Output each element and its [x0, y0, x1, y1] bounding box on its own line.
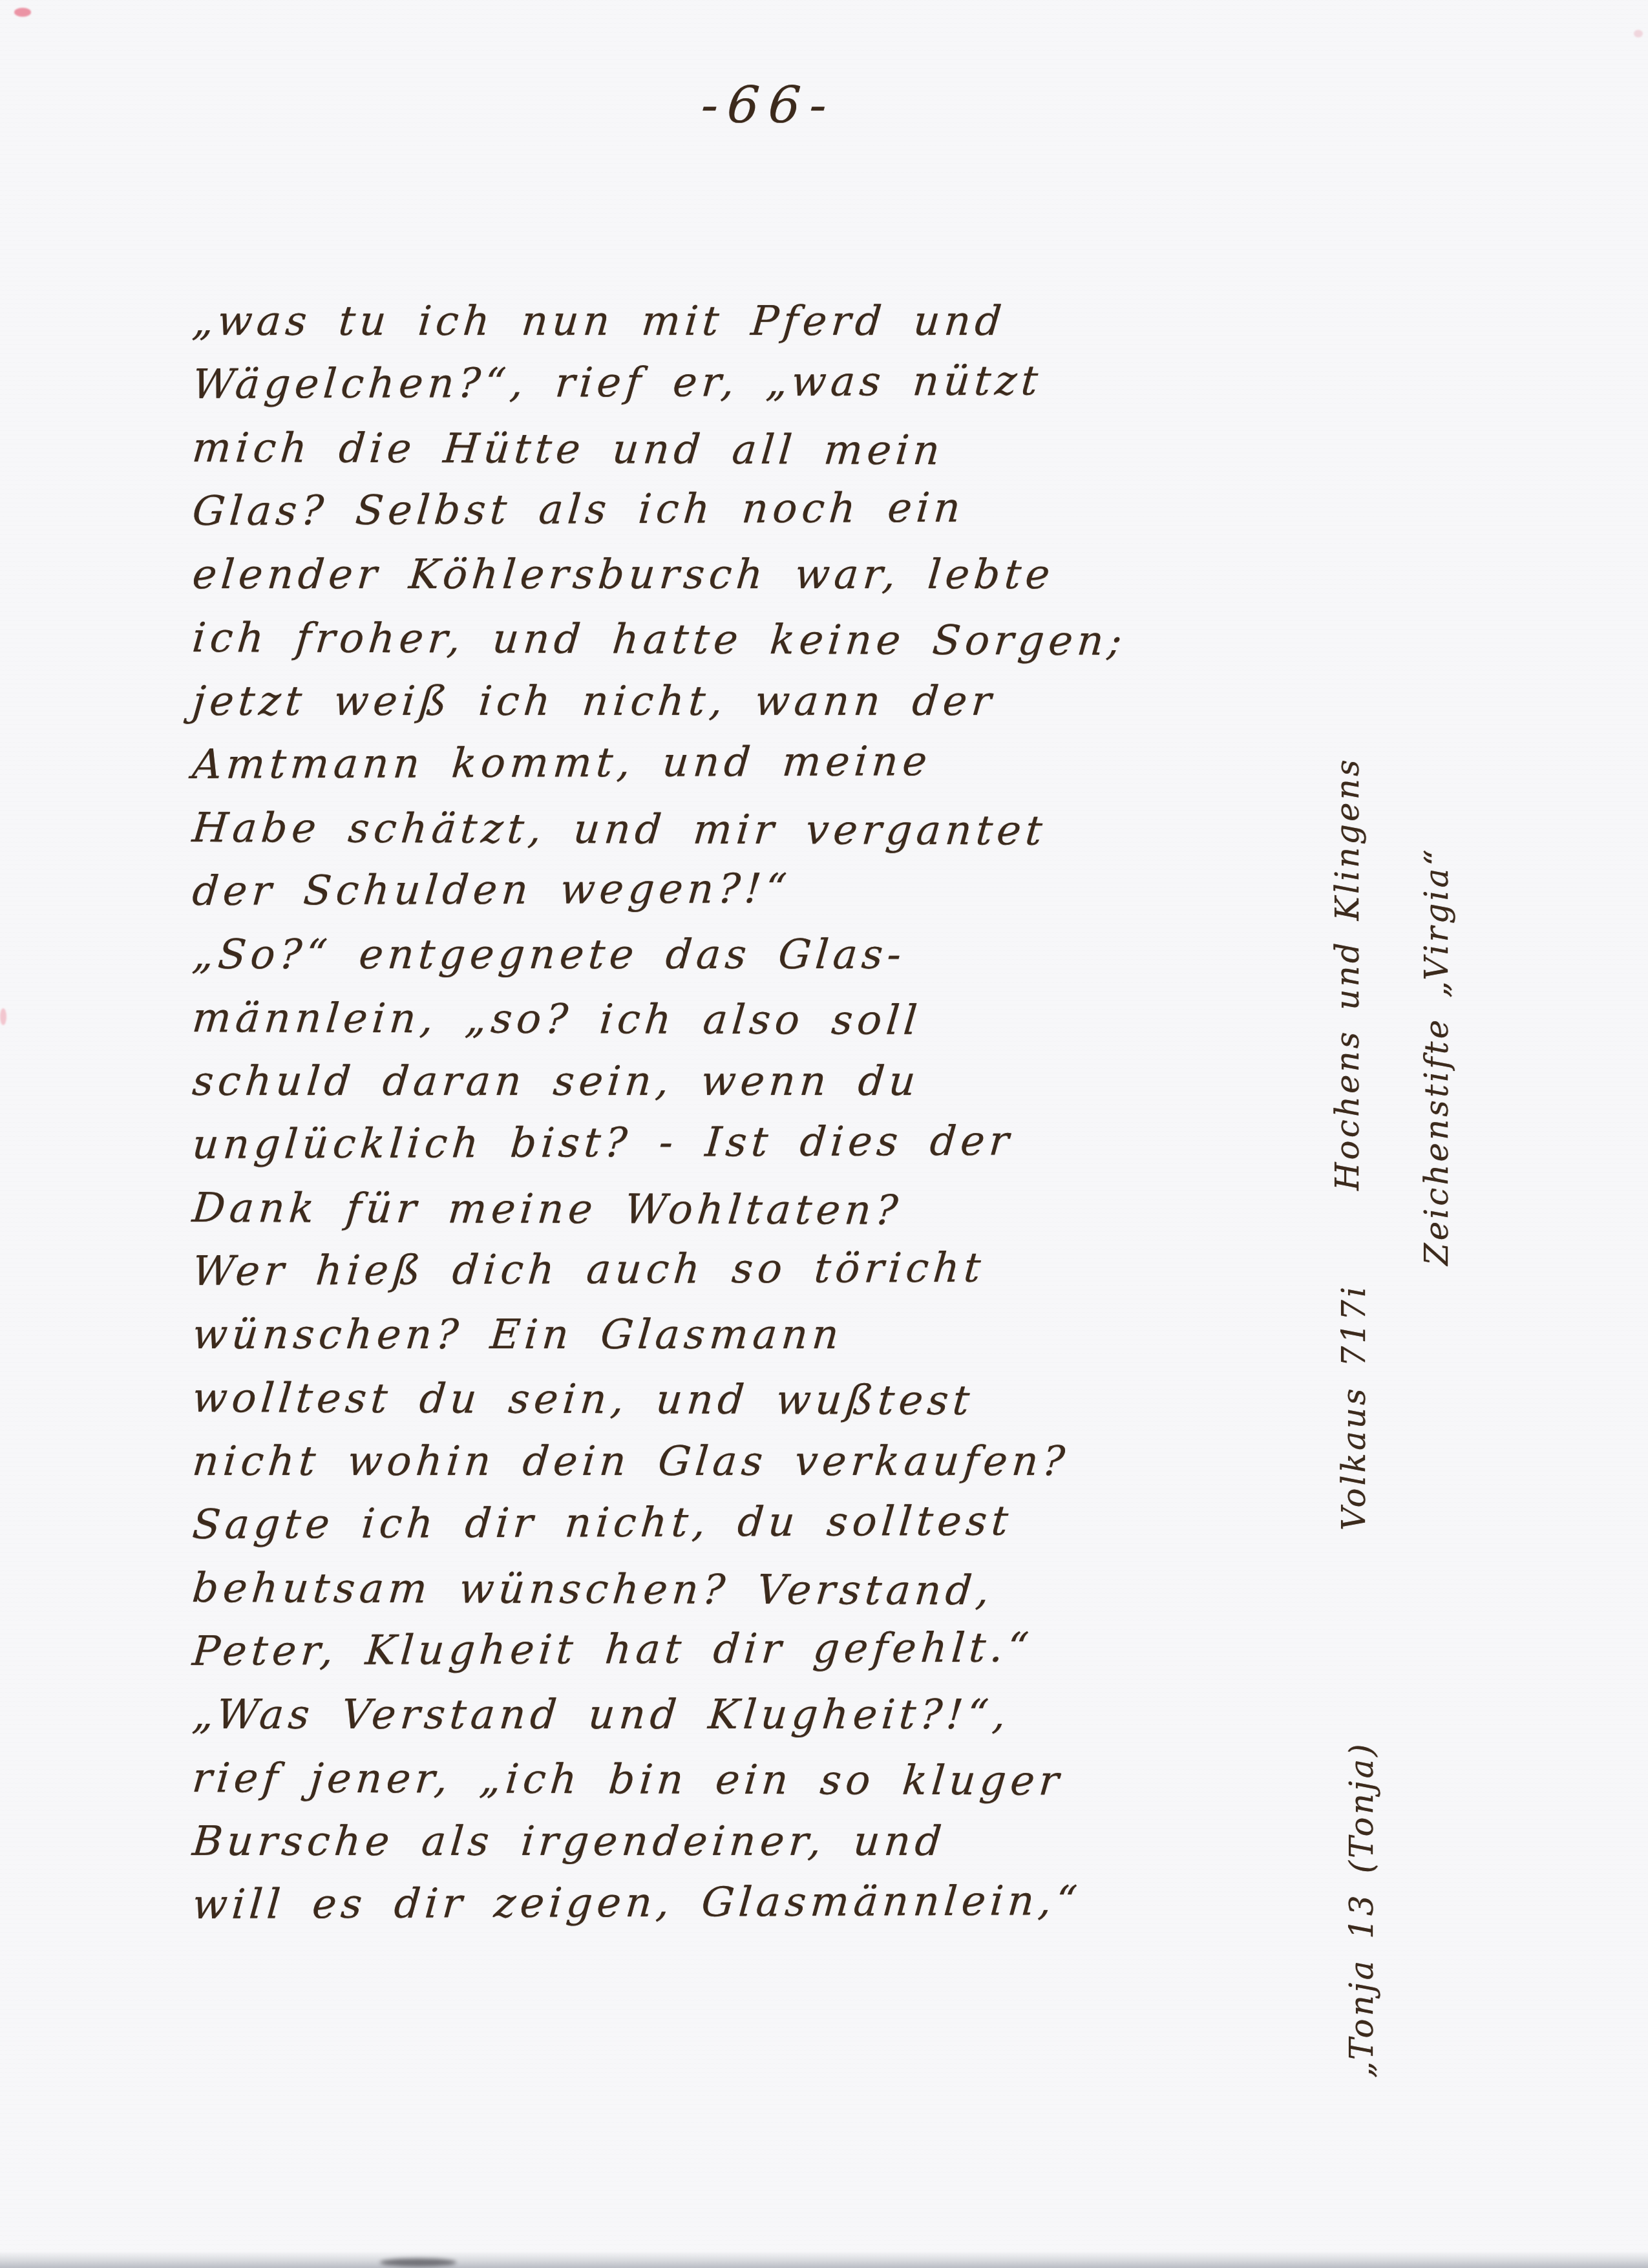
handwritten-line: wünschen? Ein Glasmann	[190, 1303, 1333, 1366]
handwritten-line: Bursche als irgendeiner, und	[190, 1810, 1333, 1873]
handwritten-line: behutsam wünschen? Verstand,	[190, 1556, 1333, 1624]
handwritten-line: ich froher, und hatte keine Sorgen;	[190, 606, 1333, 673]
handwritten-line: unglücklich bist? - Ist dies der	[190, 1108, 1333, 1176]
handwritten-line: Wer hieß dich auch so töricht	[190, 1235, 1333, 1303]
handwritten-line: „was tu ich nun mit Pferd und	[190, 290, 1333, 353]
handwritten-line: wolltest du sein, und wußtest	[190, 1366, 1333, 1434]
handwritten-line: mich die Hütte und all mein	[190, 416, 1333, 483]
handwritten-line: der Schulden wegen?!“	[190, 854, 1333, 923]
handwritten-line: rief jener, „ich bin ein so kluger	[190, 1746, 1333, 1814]
handwritten-line: schuld daran sein, wenn du	[190, 1050, 1333, 1113]
manuscript-text: „was tu ich nun mit Pferd und Wägelchen?…	[193, 290, 1330, 1936]
handwritten-line: Habe schätzt, und mir vergantet	[190, 796, 1333, 864]
handwritten-line: jetzt weiß ich nicht, wann der	[190, 670, 1333, 733]
handwritten-line: „So?“ entgegnete das Glas-	[190, 923, 1333, 986]
manuscript-page: -66- „was tu ich nun mit Pferd und Wägel…	[0, 0, 1648, 2268]
scan-smudge	[380, 2258, 456, 2267]
margin-note-writer: „Tonja 13 (Tonja)	[1326, 1741, 1397, 2078]
handwritten-line: Wägelchen?“, rief er, „was nützt	[190, 348, 1333, 416]
handwritten-line: Amtmann kommt, und meine	[190, 728, 1333, 796]
page-number: -66-	[699, 76, 838, 134]
margin-note-pen-maker: Hochens und Klingens	[1312, 757, 1383, 1191]
handwritten-line: nicht wohin dein Glas verkaufen?	[190, 1430, 1333, 1493]
handwritten-line: will es dir zeigen, Glasmännlein,“	[190, 1868, 1333, 1936]
margin-note-pen-name: Zeichenstifte „Virgia“	[1401, 847, 1472, 1266]
handwritten-line: „Was Verstand und Klugheit?!“,	[190, 1683, 1333, 1746]
scan-speck	[14, 8, 31, 17]
scan-speck	[0, 1008, 6, 1025]
handwritten-line: Dank für meine Wohltaten?	[190, 1176, 1333, 1244]
scan-speck	[1634, 30, 1643, 37]
handwritten-line: elender Köhlersbursch war, lebte	[190, 543, 1333, 606]
handwritten-line: Sagte ich dir nicht, du solltest	[190, 1488, 1333, 1556]
handwritten-line: männlein, „so? ich also soll	[190, 986, 1333, 1054]
handwritten-line: Peter, Klugheit hat dir gefehlt.“	[190, 1615, 1333, 1683]
margin-note-pen-model: Volkaus 717i	[1318, 1284, 1389, 1531]
scan-edge-shadow	[0, 2251, 1648, 2268]
handwritten-line: Glas? Selbst als ich noch ein	[190, 474, 1333, 543]
